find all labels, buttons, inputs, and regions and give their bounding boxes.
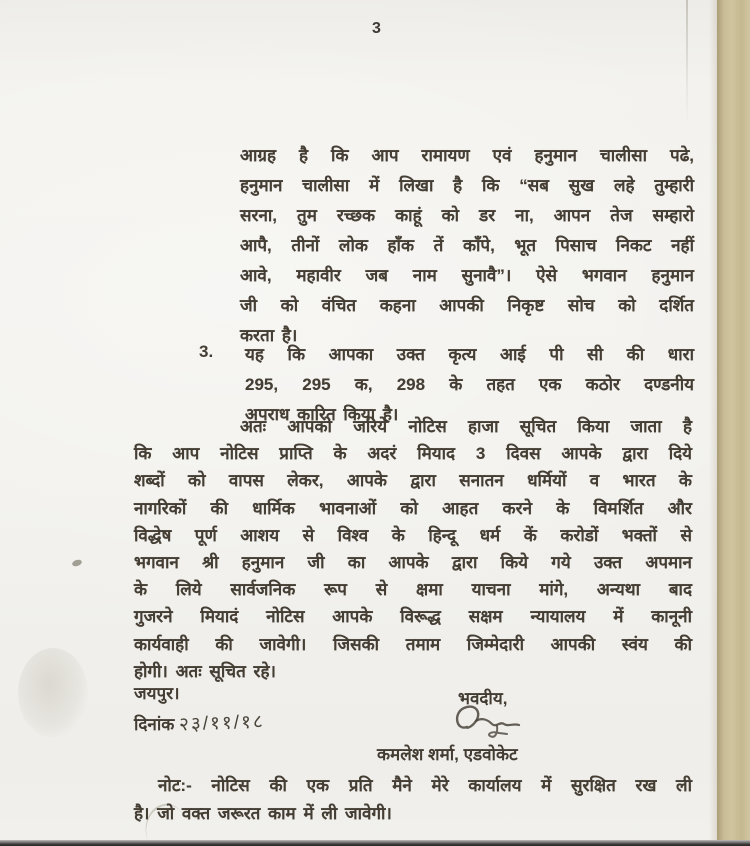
text-line: यह कि आपका उक्त कृत्य आई पी सी की धारा [245, 342, 694, 372]
footnote-continued: है। जो वक्त जरूरत काम में ली जावेगी। [134, 801, 694, 824]
text-line: हनुमान चालीसा में लिखा है कि “सब सुख लहे… [240, 173, 694, 203]
signatory-name: कमलेश शर्मा, एडवोकेट [377, 742, 518, 765]
quote-paragraph: आग्रह है कि आप रामायण एवं हनुमान चालीसा … [240, 143, 694, 353]
text-line: सरना, तुम रच्छक काहूं को डर ना, आपन तेज … [240, 203, 694, 233]
paper-crease [686, 0, 688, 125]
list-item-number: 3. [199, 342, 213, 362]
scan-edge-shadow [709, 0, 717, 846]
date-label: दिनांक [134, 715, 174, 734]
closing-place: जयपुर। [134, 681, 180, 704]
signature-mark [447, 698, 539, 747]
page-number: 3 [372, 20, 382, 38]
text-line: कि आप नोटिस प्राप्ति के अदरं मियाद 3 दिव… [134, 441, 692, 468]
scanned-notice-page: 3 आग्रह है कि आप रामायण एवं हनुमान चालीस… [0, 0, 750, 846]
text-line: है। जो वक्त जरूरत काम में ली जावेगी। [134, 801, 694, 824]
scan-edge-right [717, 0, 750, 846]
text-line: आपै, तीनों लोक हाँक तें काँपे, भूत पिसाच… [240, 233, 694, 263]
text-line: आवे, महावीर जब नाम सुनावै”। ऐसे भगवान हन… [240, 263, 694, 293]
text-line: के लिये सार्वजनिक रूप से क्षमा याचना मां… [134, 577, 692, 604]
text-line: विद्धेष पूर्ण आशय से विश्व के हिन्दू धर्… [134, 523, 692, 550]
closing-dateline: दिनांक २३/११/१८ [134, 710, 265, 736]
ink-speck [71, 559, 82, 568]
text-line: 295, 295 क, 298 के तहत एक कठोर दण्डनीय [245, 372, 694, 402]
notice-paragraph: अतः आपको जरिये नोटिस हाजा सूचित किया जात… [134, 414, 692, 686]
text-line: गुजरने मियादं नोटिस आपके विरूद्ध सक्षम न… [134, 604, 692, 631]
text-line: अतः आपको जरिये नोटिस हाजा सूचित किया जात… [134, 414, 692, 441]
text-line: नोट:- नोटिस की एक प्रति मैने मेरे कार्या… [158, 773, 692, 801]
text-line: शब्दों को वापस लेकर, आपके द्वारा सनातन ध… [134, 468, 692, 495]
handwritten-date: २३/११/१८ [179, 708, 266, 737]
text-line: नागरिकों की धार्मिक भावनाओं को आहत करने … [134, 496, 692, 523]
text-line: कार्यवाही की जावेगी। जिसकी तमाम जिम्मेदा… [134, 632, 692, 659]
scan-edge-bottom [0, 840, 750, 846]
footnote: नोट:- नोटिस की एक प्रति मैने मेरे कार्या… [158, 773, 692, 801]
text-line: होगी। अतः सूचित रहे। [134, 659, 692, 686]
paper-stain [18, 648, 88, 738]
text-line: भगवान श्री हनुमान जी का आपके द्वारा किये… [134, 550, 692, 577]
text-line: आग्रह है कि आप रामायण एवं हनुमान चालीसा … [240, 143, 694, 173]
text-line: जी को वंचित कहना आपकी निकृष्ट सोच को दर्… [240, 293, 694, 323]
